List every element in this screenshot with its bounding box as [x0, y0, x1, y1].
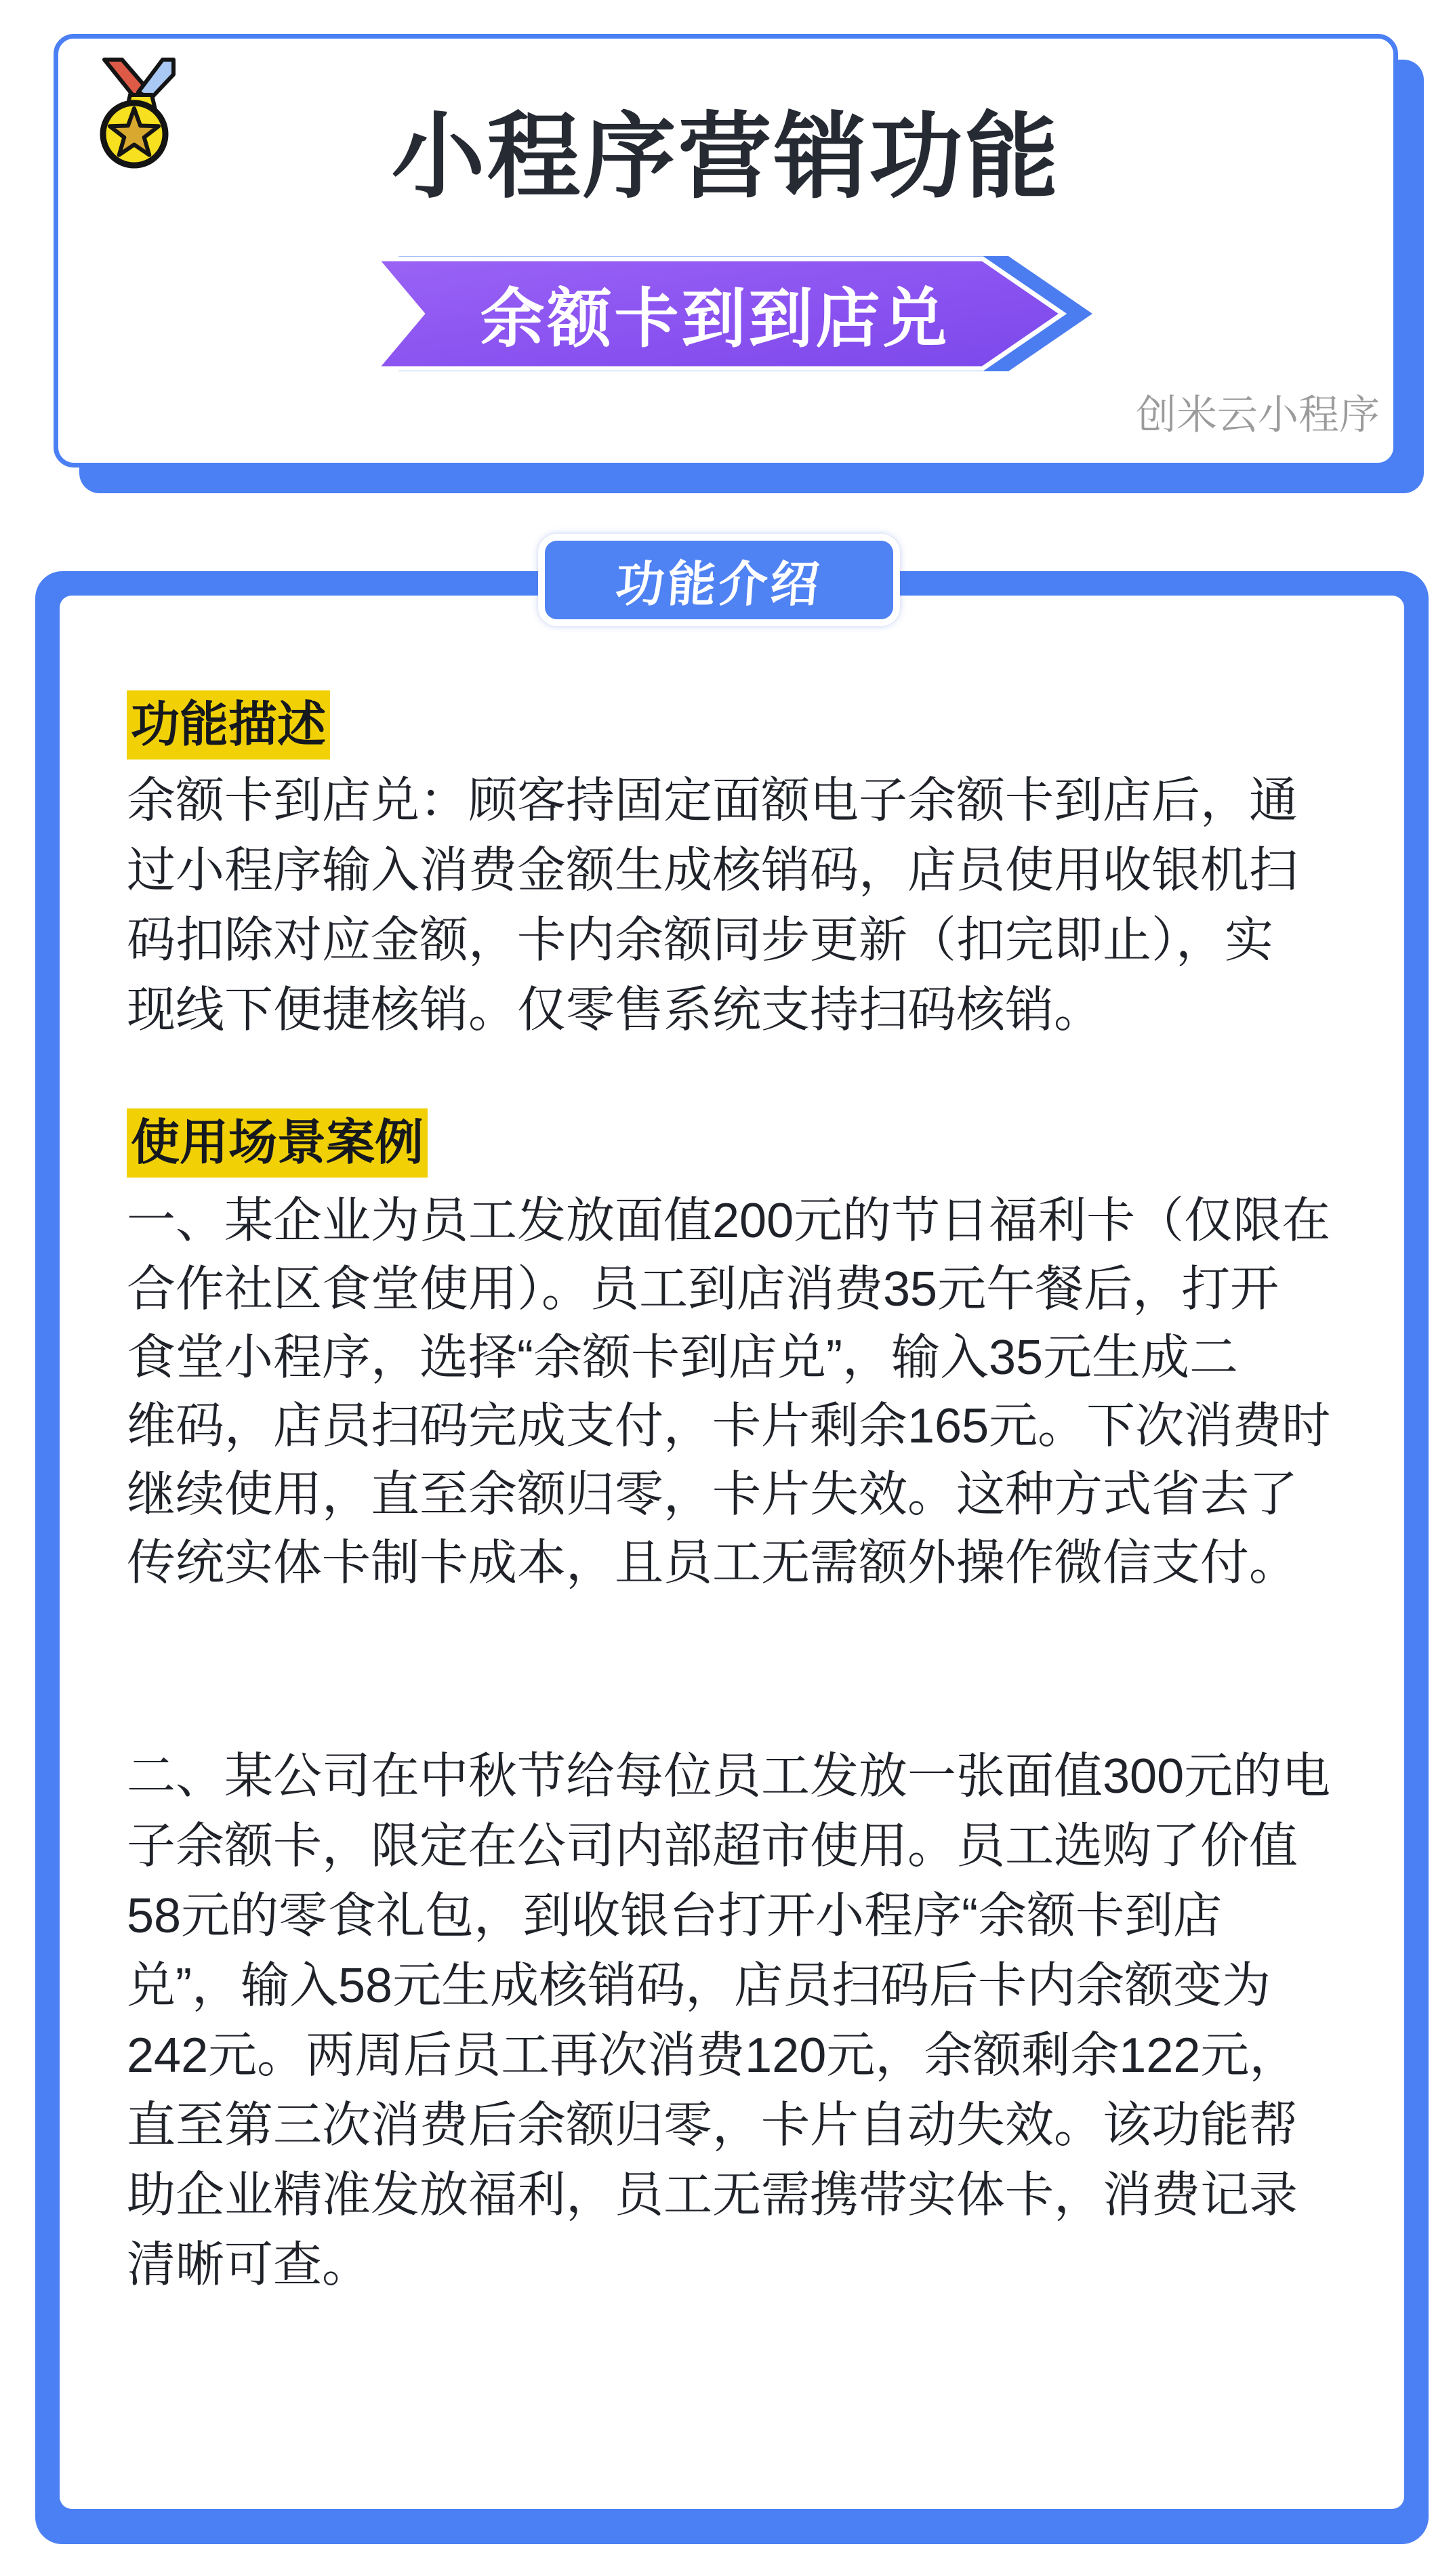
- page-title: 小程序营销功能: [58, 106, 1393, 208]
- content-card: 功能描述 余额卡到店兑：顾客持固定面额电子余额卡到店后，通过小程序输入消费金额生…: [35, 571, 1429, 2544]
- text-line: 兑”，输入58元生成核销码，店员扫码后卡内余额变为: [127, 1951, 1330, 2021]
- para-feature-desc: 余额卡到店兑：顾客持固定面额电子余额卡到店后，通过小程序输入消费金额生成核销码，…: [127, 766, 1298, 1045]
- text-line: 清晰可查。: [127, 2230, 1330, 2300]
- ribbon-label: 余额卡到到店兑: [413, 255, 1017, 372]
- text-line: 合作社区食堂使用）。员工到店消费35元午餐后，打开: [127, 1255, 1330, 1324]
- text-line: 过小程序输入消费金额生成核销码，店员使用收银机扫: [127, 836, 1298, 906]
- text-line: 码扣除对应金额，卡内余额同步更新（扣完即止），实: [127, 906, 1298, 976]
- para-case-1: 一、某企业为员工发放面值200元的节日福利卡（仅限在合作社区食堂使用）。员工到店…: [127, 1187, 1330, 1598]
- tab-label: 功能介绍: [613, 545, 824, 615]
- text-line: 维码，店员扫码完成支付，卡片剩余165元。下次消费时: [127, 1392, 1330, 1461]
- text-line: 242元。两周后员工再次消费120元，余额剩余122元，: [127, 2021, 1330, 2091]
- text-line: 二、某公司在中秋节给每位员工发放一张面值300元的电: [127, 1742, 1330, 1812]
- text-line: 子余额卡，限定在公司内部超市使用。员工选购了价值: [127, 1812, 1330, 1882]
- header-card: 小程序营销功能 余额卡到到店兑 创米云小程序: [54, 34, 1398, 468]
- text-line: 食堂小程序，选择“余额卡到店兑”，输入35元生成二: [127, 1324, 1330, 1392]
- content-card-inner: 功能描述 余额卡到店兑：顾客持固定面额电子余额卡到店后，通过小程序输入消费金额生…: [60, 596, 1404, 2509]
- text-line: 助企业精准发放福利，员工无需携带实体卡，消费记录: [127, 2161, 1330, 2230]
- heading-feature-desc: 功能描述: [127, 690, 330, 760]
- para-case-2: 二、某公司在中秋节给每位员工发放一张面值300元的电子余额卡，限定在公司内部超市…: [127, 1742, 1330, 2300]
- page: 小程序营销功能 余额卡到到店兑 创米云小程序 功能描述 余额卡到店兑：顾客持固定…: [0, 0, 1455, 2576]
- heading-use-cases: 使用场景案例: [127, 1108, 428, 1178]
- text-line: 传统实体卡制卡成本，且员工无需额外操作微信支付。: [127, 1529, 1330, 1598]
- text-line: 继续使用，直至余额归零，卡片失效。这种方式省去了: [127, 1461, 1330, 1529]
- text-line: 一、某企业为员工发放面值200元的节日福利卡（仅限在: [127, 1187, 1330, 1255]
- text-line: 现线下便捷核销。仅零售系统支持扫码核销。: [127, 976, 1298, 1045]
- text-line: 余额卡到店兑：顾客持固定面额电子余额卡到店后，通: [127, 766, 1298, 836]
- ribbon-banner: 余额卡到到店兑: [373, 255, 1094, 372]
- brand-text: 创米云小程序: [1136, 394, 1380, 437]
- tab-feature-intro: 功能介绍: [538, 534, 900, 626]
- text-line: 58元的零食礼包，到收银台打开小程序“余额卡到店: [127, 1882, 1330, 1951]
- text-line: 直至第三次消费后余额归零，卡片自动失效。该功能帮: [127, 2091, 1330, 2161]
